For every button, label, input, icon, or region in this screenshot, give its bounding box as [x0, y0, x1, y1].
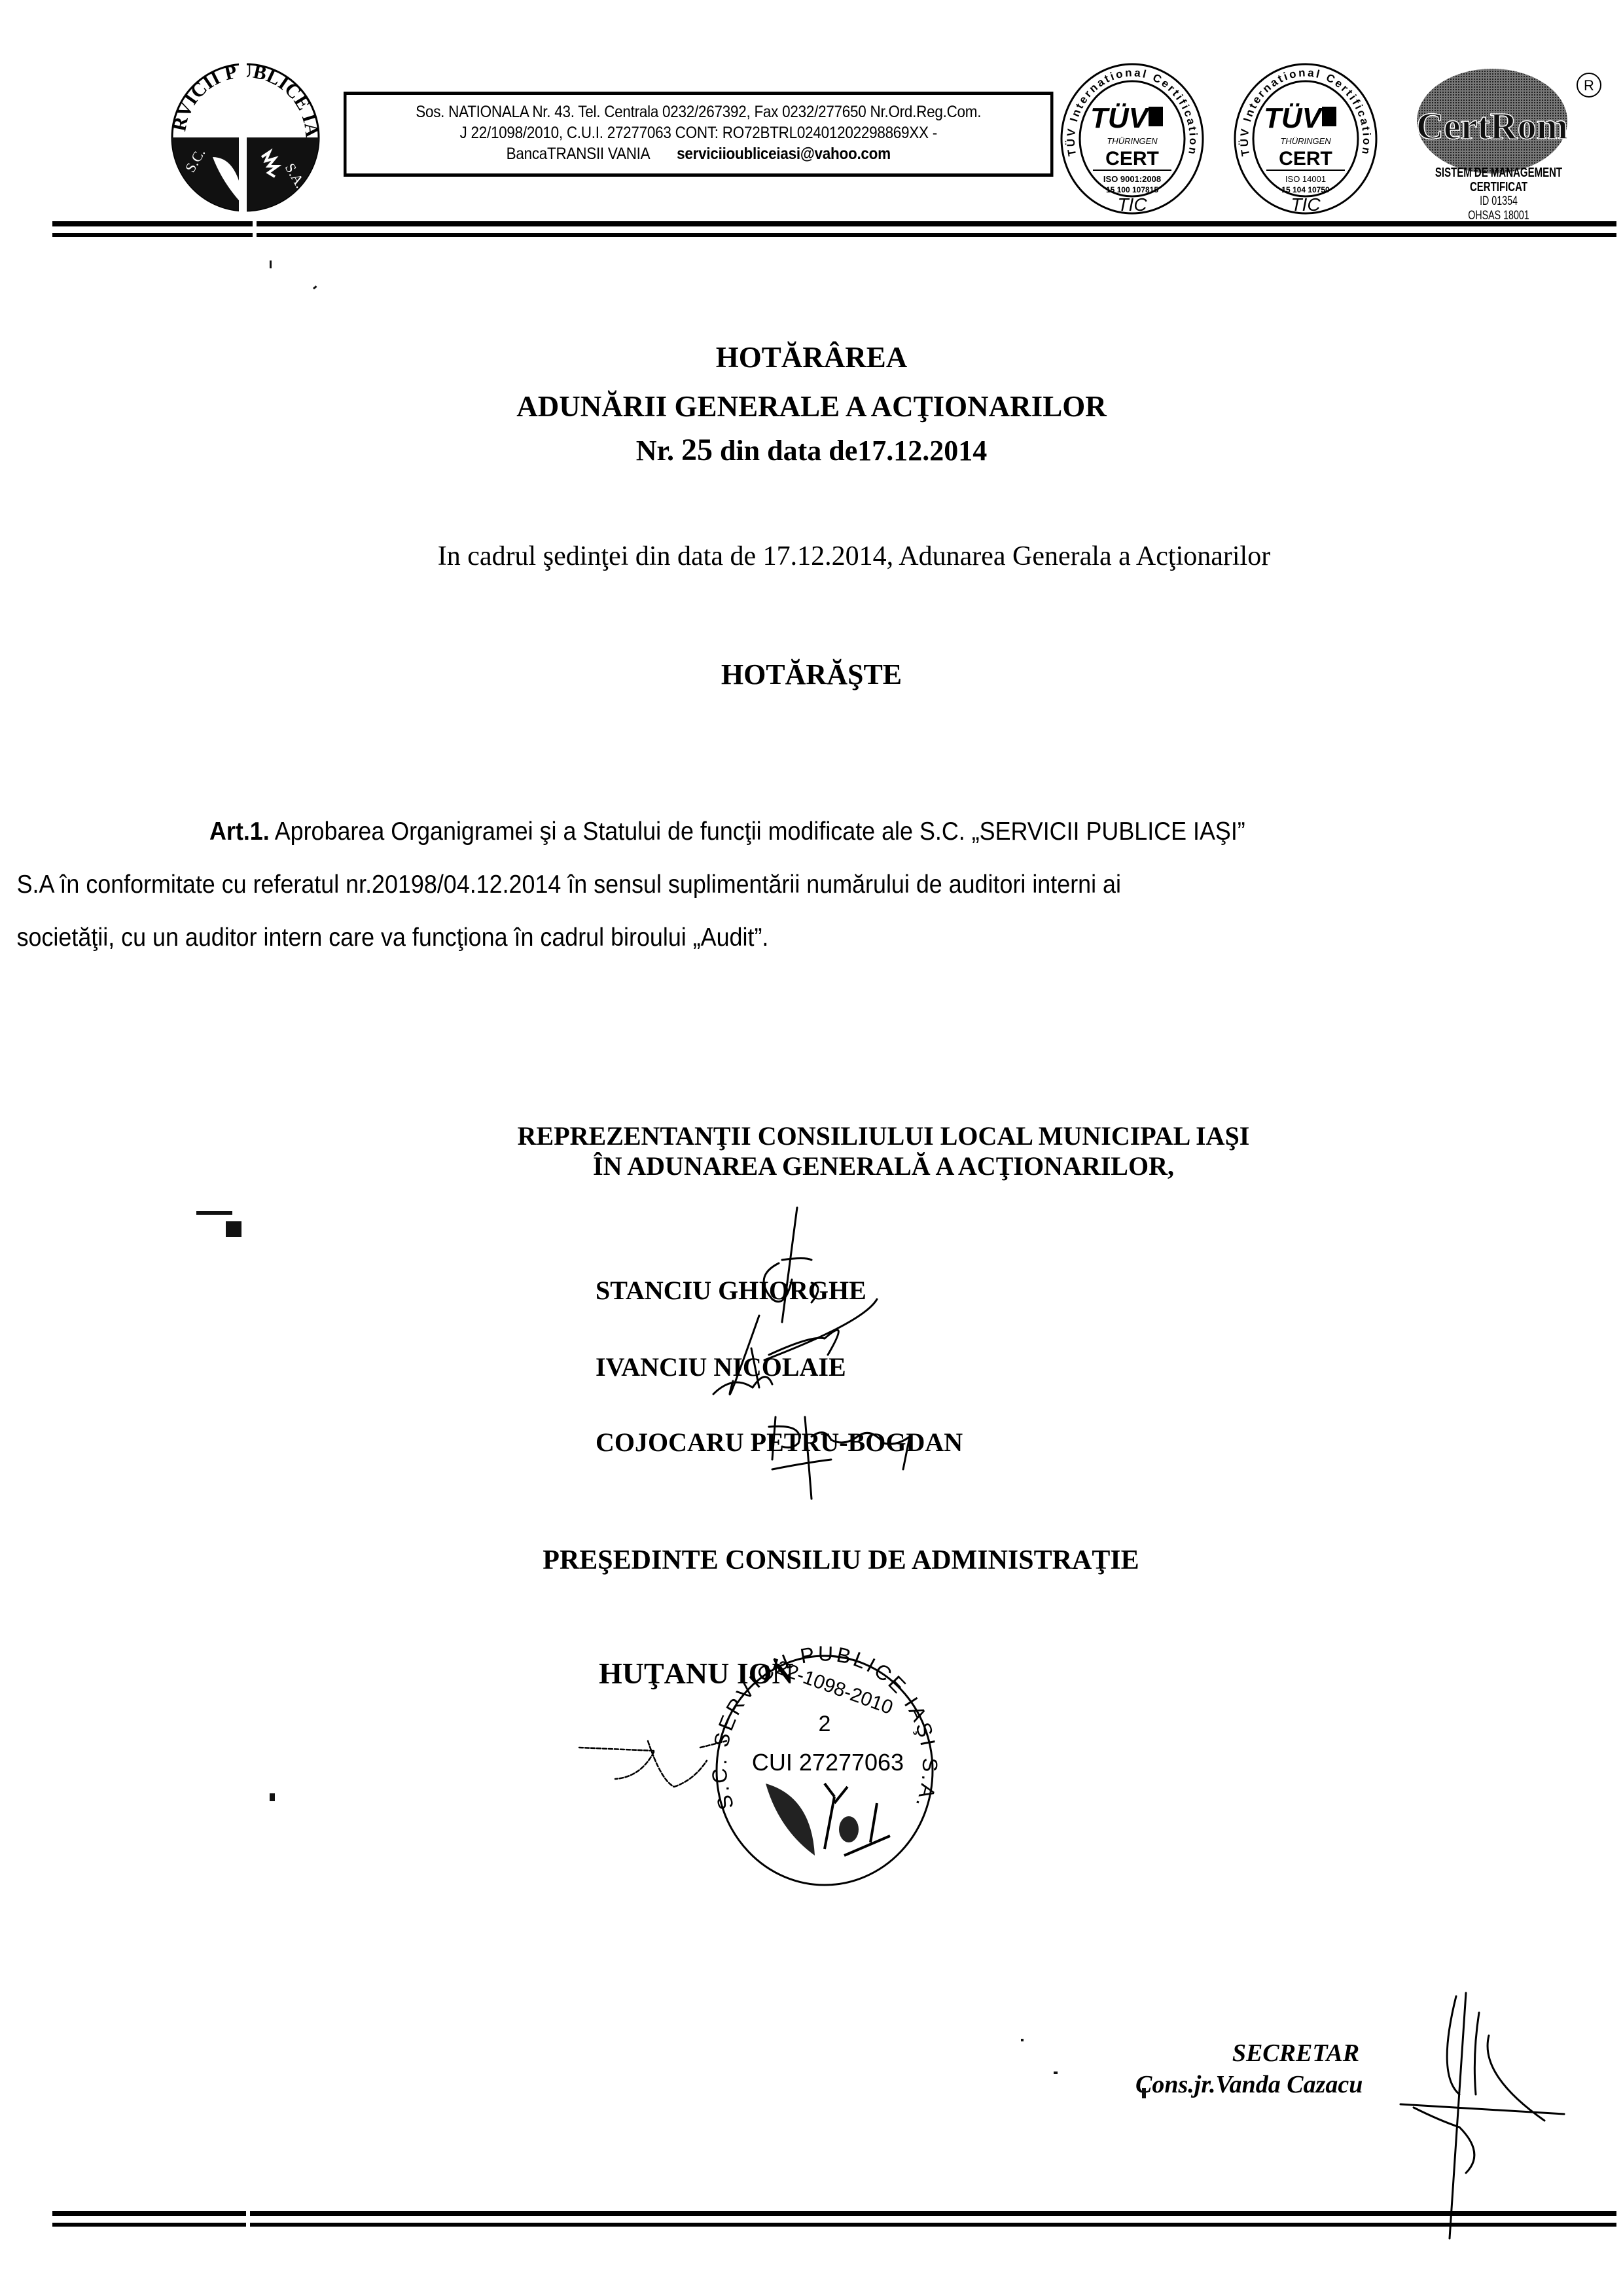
svg-text:CertRom: CertRom: [1416, 105, 1568, 147]
contact-email: serviciioubliceiasi@vahoo.com: [677, 145, 891, 163]
contact-registration-line: J 22/1098/2010, C.U.I. 27277063 CONT: RO…: [347, 122, 1051, 143]
svg-text:CERT: CERT: [1105, 148, 1159, 170]
scan-gap: [253, 219, 257, 240]
svg-text:CUI 27277063: CUI 27277063: [752, 1749, 904, 1776]
contact-address-line: Sos. NATIONALA Nr. 43. Tel. Centrala 023…: [347, 101, 1051, 122]
svg-text:15 100 107815: 15 100 107815: [1106, 185, 1158, 194]
secretary-title: SECRETAR: [1211, 2039, 1381, 2068]
article-line: Art.1. Aprobarea Organigramei şi a Statu…: [209, 805, 1534, 858]
bank-name: BancaTRANSII VANIA: [507, 145, 650, 163]
footer-divider: [52, 2211, 1616, 2216]
date-phrase: din data de: [720, 435, 857, 467]
svg-text:15 104 10750: 15 104 10750: [1281, 185, 1330, 194]
president-heading: PREŞEDINTE CONSILIU DE ADMINISTRAŢIE: [0, 1545, 1623, 1576]
certrom-caption: SISTEM DE MANAGEMENT CERTIFICAT ID 01354…: [1425, 166, 1573, 223]
svg-text:TÜV: TÜV: [1090, 102, 1150, 134]
svg-text:R: R: [1584, 77, 1594, 94]
article-label: Art.1.: [209, 817, 270, 846]
secretary-name: Cons.jr.Vanda Cazacu: [1135, 2070, 1363, 2099]
svg-text:ISO 9001:2008: ISO 9001:2008: [1103, 174, 1161, 184]
svg-text:TÜV: TÜV: [1264, 102, 1324, 134]
tuv-cert-seal-icon: TÜV International Certification TÜV THÜR…: [1057, 59, 1207, 216]
header-divider: [52, 221, 1616, 226]
representative-name: STANCIU GHIORGHE: [596, 1275, 866, 1306]
svg-text:ISO 14001: ISO 14001: [1285, 174, 1326, 184]
article-text-line-2: S.A în conformitate cu referatul nr.2019…: [17, 858, 1534, 911]
footer-divider: [52, 2223, 1616, 2227]
svg-text:TIC: TIC: [1117, 194, 1147, 215]
company-stamp-icon: S.C. SERVICII PUBLICE IAŞI S.A. J22-1098…: [694, 1640, 955, 1888]
svg-text:CERT: CERT: [1279, 148, 1332, 170]
company-logo-icon: SERVICII PUBLICE IASI S.C. S.A.: [167, 59, 324, 216]
article-1: Art.1. Aprobarea Organigramei şi a Statu…: [209, 805, 1534, 964]
representatives-heading: ÎN ADUNAREA GENERALĂ A ACŢIONARILOR,: [0, 1151, 1623, 1181]
document-number: 25: [681, 433, 713, 467]
document-number-date: Nr. 25 din data de17.12.2014: [0, 432, 1623, 468]
decision-heading: HOTĂRĂŞTE: [0, 658, 1623, 691]
intro-paragraph: In cadrul şedinţei din data de 17.12.201…: [0, 541, 1623, 572]
document-subtitle: ADUNĂRII GENERALE A ACŢIONARILOR: [0, 389, 1623, 423]
contact-bank-line: BancaTRANSII VANIA serviciioubliceiasi@v…: [347, 143, 1051, 164]
certrom-id: ID 01354: [1425, 194, 1573, 209]
header-divider: [52, 233, 1616, 237]
svg-text:THÜRINGEN: THÜRINGEN: [1107, 136, 1158, 146]
scan-gap: [246, 2207, 250, 2228]
document-title: HOTĂRÂREA: [0, 340, 1623, 374]
article-text-line-1: Aprobarea Organigramei şi a Statului de …: [275, 817, 1245, 846]
number-prefix: Nr.: [636, 435, 674, 467]
contact-info-box: Sos. NATIONALA Nr. 43. Tel. Centrala 023…: [344, 92, 1054, 177]
svg-text:2: 2: [819, 1712, 831, 1736]
signature-cazacu: [1400, 1993, 1564, 2238]
tuv-cert-seal-icon: TÜV International Certification TÜV THÜR…: [1230, 59, 1381, 216]
representative-name: COJOCARU PETRU-BOGDAN: [596, 1427, 963, 1458]
representative-name: IVANCIU NICOLAIE: [596, 1352, 846, 1382]
svg-text:TIC: TIC: [1291, 194, 1321, 215]
document-date: 17.12.2014: [857, 435, 987, 467]
article-text-line-3: societăţii, cu un auditor intern care va…: [17, 911, 1534, 964]
representatives-heading: REPREZENTANŢII CONSILIULUI LOCAL MUNICIP…: [0, 1121, 1623, 1151]
certrom-caption-title: SISTEM DE MANAGEMENT CERTIFICAT: [1425, 166, 1573, 194]
svg-text:THÜRINGEN: THÜRINGEN: [1280, 136, 1331, 146]
